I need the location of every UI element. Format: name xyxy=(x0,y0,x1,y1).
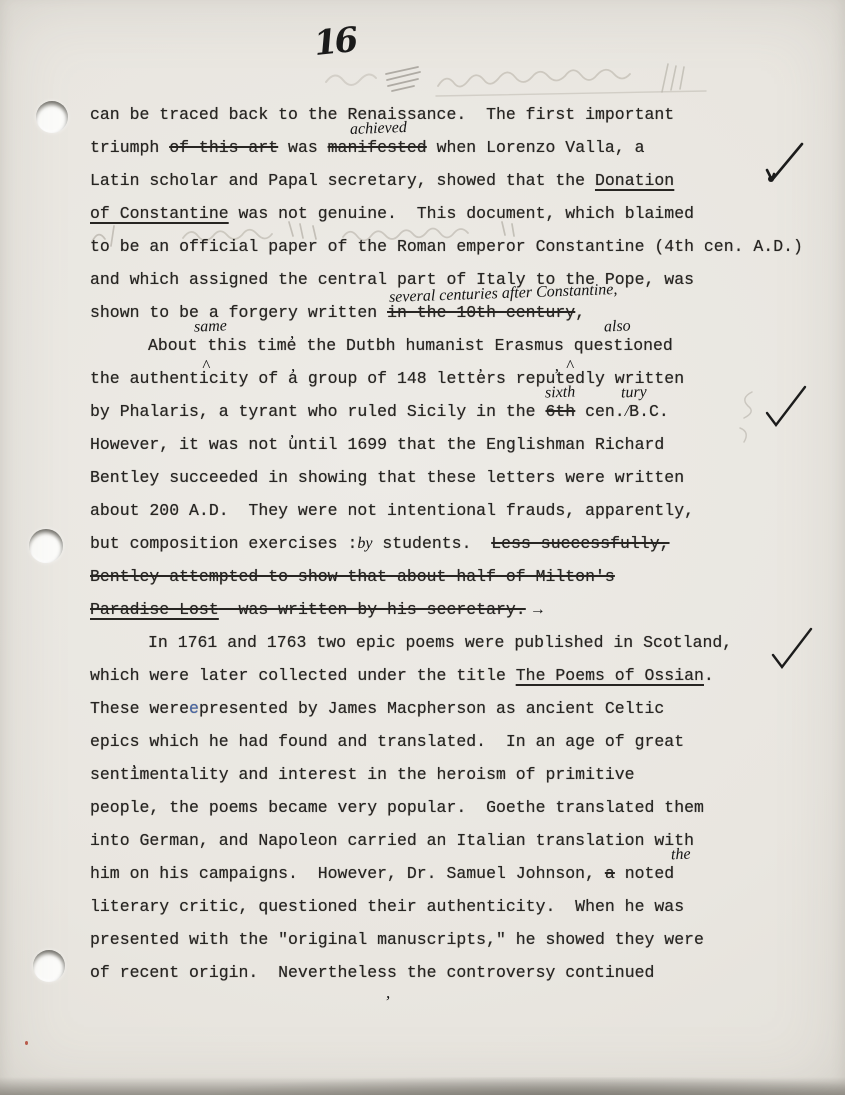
text-segment: into German, and Napoleon carried an Ita… xyxy=(90,831,694,850)
typed-text: the Dutbh humanist xyxy=(297,336,485,355)
text-segment: Bentley succeeded in showing that these … xyxy=(90,468,684,487)
typescript-line: which were later collected under the tit… xyxy=(90,659,830,692)
typed-text: noted xyxy=(615,864,674,883)
typescript-line: presented with the "original manuscripts… xyxy=(90,923,830,956)
typed-text: of recent origin. Nevertheless xyxy=(90,963,397,982)
typed-text: triumph xyxy=(90,138,169,157)
typed-text: Bentley attempted to show that about hal… xyxy=(90,567,615,586)
text-segment: by Phalaris, a tyrant, xyxy=(90,402,298,421)
typed-text: was xyxy=(278,138,328,157)
typed-text: questioned xyxy=(564,336,673,355)
typed-text: of Constantine xyxy=(90,204,229,223)
text-segment: B.C. xyxy=(629,402,669,421)
text-segment: About thissame^ xyxy=(148,336,247,355)
text-segment: athe xyxy=(605,864,615,883)
typed-text: the controversy continued xyxy=(397,963,654,982)
typed-text: to be an official paper of the Roman emp… xyxy=(90,237,803,256)
typed-text: Less successfully, xyxy=(491,534,669,553)
typed-text: in the 10th century xyxy=(387,303,575,322)
handwritten-annotation: → xyxy=(526,601,546,618)
typescript-line: These wereepresented by James Macpherson… xyxy=(90,692,830,725)
typed-text: time xyxy=(247,336,297,355)
typed-text: However, it was not until 1699 that the … xyxy=(90,435,664,454)
typescript-text-block: can be traced back to the Renaissance. T… xyxy=(90,98,830,989)
text-segment: 6thsixth xyxy=(545,402,575,421)
typed-text: presented by James Macpherson as ancient… xyxy=(199,699,664,718)
typescript-line: epics, which he had found and translated… xyxy=(90,725,830,758)
typed-text: of this art xyxy=(169,138,278,157)
typescript-line: to be an official paper of the Roman emp… xyxy=(90,230,830,263)
typed-text: presented with the "original manuscripts… xyxy=(90,930,704,949)
text-segment: of Constantine xyxy=(90,204,229,223)
text-segment: noted xyxy=(615,864,674,883)
manuscript-page: 16 can be traced back to the Renaissance… xyxy=(0,0,845,1095)
text-segment: sentimentality and interest in the heroi… xyxy=(90,765,635,784)
typescript-line: people, the poems became very popular. G… xyxy=(90,791,830,824)
text-segment: people, the poems became very popular. G… xyxy=(90,798,704,817)
text-segment: . xyxy=(704,666,714,685)
text-segment: but composition exercises : xyxy=(90,534,357,553)
text-segment: was not genuine. This document, which bl… xyxy=(229,204,694,223)
handwritten-annotation: same xyxy=(194,318,227,335)
text-segment: presented by James Macpherson as ancient… xyxy=(199,699,664,718)
typescript-line: about 200 A.D. They were not intentional… xyxy=(90,494,830,527)
text-segment: epics, xyxy=(90,732,140,751)
typescript-line: him on his campaigns. However, Dr. Samue… xyxy=(90,857,830,890)
text-segment: of this art xyxy=(169,138,278,157)
typed-text: , xyxy=(575,303,585,322)
typescript-line: Latin scholar and Papal secretary, showe… xyxy=(90,164,830,197)
typed-text: sentimentality and interest in the heroi… xyxy=(90,765,635,784)
handwritten-annotation: achieved xyxy=(349,120,406,138)
typescript-line: but composition exercises :by students. … xyxy=(90,527,830,560)
checkmark-icon xyxy=(760,382,812,434)
text-segment: e xyxy=(189,699,199,718)
text-segment: written xyxy=(298,303,387,322)
checkmark-icon xyxy=(766,624,818,676)
typed-text: B.C. xyxy=(629,402,669,421)
checkmark-icon xyxy=(756,140,808,192)
text-segment: → xyxy=(526,600,546,619)
text-segment: cen.tury xyxy=(575,402,625,421)
text-segment: students. xyxy=(372,534,491,553)
text-segment: which he had found and translated. In an… xyxy=(140,732,685,751)
hole-punch xyxy=(29,529,63,563)
handwritten-annotation: , xyxy=(386,984,390,1001)
typescript-line: About thissame^ time, the Dutbh humanist… xyxy=(90,329,830,362)
text-segment: the authenticity of a group of 148 lette… xyxy=(90,369,684,388)
handwritten-annotation: by xyxy=(357,535,372,552)
typed-text: but composition exercises : xyxy=(90,534,357,553)
typescript-line: can be traced back to the Renaissance. T… xyxy=(90,98,830,131)
typed-text: who ruled Sicily in the xyxy=(298,402,546,421)
typescript-line: sentimentality and interest in the heroi… xyxy=(90,758,830,791)
text-segment: Donation xyxy=(595,171,674,190)
text-segment: of recent origin. Nevertheless, xyxy=(90,963,397,982)
typed-text: e xyxy=(189,699,199,718)
typescript-line: the authenticity of a group of 148 lette… xyxy=(90,362,830,395)
typed-text: was not genuine. This document, which bl… xyxy=(229,204,694,223)
text-segment: Erasmus, xyxy=(485,336,564,355)
page-number: 16 xyxy=(312,20,357,64)
page-bottom-shadow xyxy=(0,1077,845,1095)
typed-text: the authenticity of a group of 148 lette… xyxy=(90,369,684,388)
text-segment: Latin scholar and Papal secretary, showe… xyxy=(90,171,595,190)
text-segment: the Dutbh humanist, xyxy=(297,336,485,355)
typed-text: About this xyxy=(148,336,247,355)
handwritten-annotation: tury xyxy=(621,385,647,402)
text-segment: literary critic, questioned their authen… xyxy=(90,897,684,916)
typescript-line: However, it was not until 1699 that the … xyxy=(90,428,830,461)
text-segment: However, it was not until 1699 that the … xyxy=(90,435,664,454)
typed-text: Paradise Lost xyxy=(90,600,219,619)
typescript-line: of recent origin. Nevertheless, the cont… xyxy=(90,956,830,989)
typescript-line: triumph of this art was manifestedachiev… xyxy=(90,131,830,164)
typed-text: into German, and Napoleon carried an Ita… xyxy=(90,831,694,850)
typed-text: 6th xyxy=(545,402,575,421)
text-segment: was xyxy=(278,138,328,157)
typed-text: when Lorenzo Valla, a xyxy=(427,138,645,157)
text-segment: in the 10th centuryseveral centuries aft… xyxy=(387,303,575,322)
typescript-line: In 1761 and 1763 two epic poems were pub… xyxy=(90,626,830,659)
typed-text: literary critic, questioned their authen… xyxy=(90,897,684,916)
text-segment: triumph xyxy=(90,138,169,157)
text-segment: questionedalso^ xyxy=(564,336,673,355)
typed-text: manifested xyxy=(328,138,427,157)
text-segment: presented with the "original manuscripts… xyxy=(90,930,704,949)
typescript-line: Paradise Lost was written by his secreta… xyxy=(90,593,830,626)
text-segment: Paradise Lost xyxy=(90,600,219,619)
text-segment: him on his campaigns. However, Dr. Samue… xyxy=(90,864,605,883)
text-segment: manifestedachieved xyxy=(328,138,427,157)
text-segment: by xyxy=(357,534,372,553)
hole-punch xyxy=(36,101,68,133)
typed-text: him on his campaigns. However, Dr. Samue… xyxy=(90,864,605,883)
text-segment: These were xyxy=(90,699,189,718)
typed-text: written xyxy=(298,303,387,322)
typed-text: The Poems of Ossian xyxy=(516,666,704,685)
handwritten-annotation: the xyxy=(671,847,691,864)
text-segment: to be an official paper of the Roman emp… xyxy=(90,237,803,256)
typed-text: students. xyxy=(372,534,491,553)
typed-text: by Phalaris, a tyrant xyxy=(90,402,298,421)
text-segment: was written by his secretary. xyxy=(219,600,526,619)
text-segment: time, xyxy=(247,336,297,355)
typed-text: about 200 A.D. They were not intentional… xyxy=(90,501,694,520)
typed-text: Erasmus xyxy=(485,336,564,355)
text-segment: Less successfully, xyxy=(491,534,669,553)
typescript-line: literary critic, questioned their authen… xyxy=(90,890,830,923)
text-segment: Bentley attempted to show that about hal… xyxy=(90,567,615,586)
text-segment: about 200 A.D. They were not intentional… xyxy=(90,501,694,520)
typescript-line: by Phalaris, a tyrant, who ruled Sicily … xyxy=(90,395,830,428)
typescript-line: into German, and Napoleon carried an Ita… xyxy=(90,824,830,857)
typed-text: a xyxy=(605,864,615,883)
text-segment: the controversy continued xyxy=(397,963,654,982)
typed-text: In 1761 and 1763 two epic poems were pub… xyxy=(148,633,732,652)
typescript-line: Bentley attempted to show that about hal… xyxy=(90,560,830,593)
typed-text: which he had found and translated. In an… xyxy=(140,732,685,751)
red-speck xyxy=(25,1041,28,1045)
typescript-line: of Constantine was not genuine. This doc… xyxy=(90,197,830,230)
handwritten-annotation: sixth xyxy=(545,384,576,401)
text-segment: which were later collected under the tit… xyxy=(90,666,516,685)
typed-text: Donation xyxy=(595,171,674,190)
typed-text: people, the poems became very popular. G… xyxy=(90,798,704,817)
typed-text: was written by his secretary. xyxy=(219,600,526,619)
typed-text: These were xyxy=(90,699,189,718)
text-segment: , xyxy=(575,303,585,322)
typed-text: Bentley succeeded in showing that these … xyxy=(90,468,684,487)
text-segment: who ruled Sicily in the xyxy=(298,402,546,421)
hole-punch xyxy=(33,950,65,982)
typed-text: epics xyxy=(90,732,140,751)
text-segment: The Poems of Ossian xyxy=(516,666,704,685)
handwritten-annotation: also xyxy=(604,319,631,336)
typed-text: cen. xyxy=(575,402,625,421)
typed-text: which were later collected under the tit… xyxy=(90,666,516,685)
typed-text: Latin scholar and Papal secretary, showe… xyxy=(90,171,595,190)
text-segment: In 1761 and 1763 two epic poems were pub… xyxy=(148,633,732,652)
typed-text: . xyxy=(704,666,714,685)
typescript-line: Bentley succeeded in showing that these … xyxy=(90,461,830,494)
text-segment: when Lorenzo Valla, a xyxy=(427,138,645,157)
